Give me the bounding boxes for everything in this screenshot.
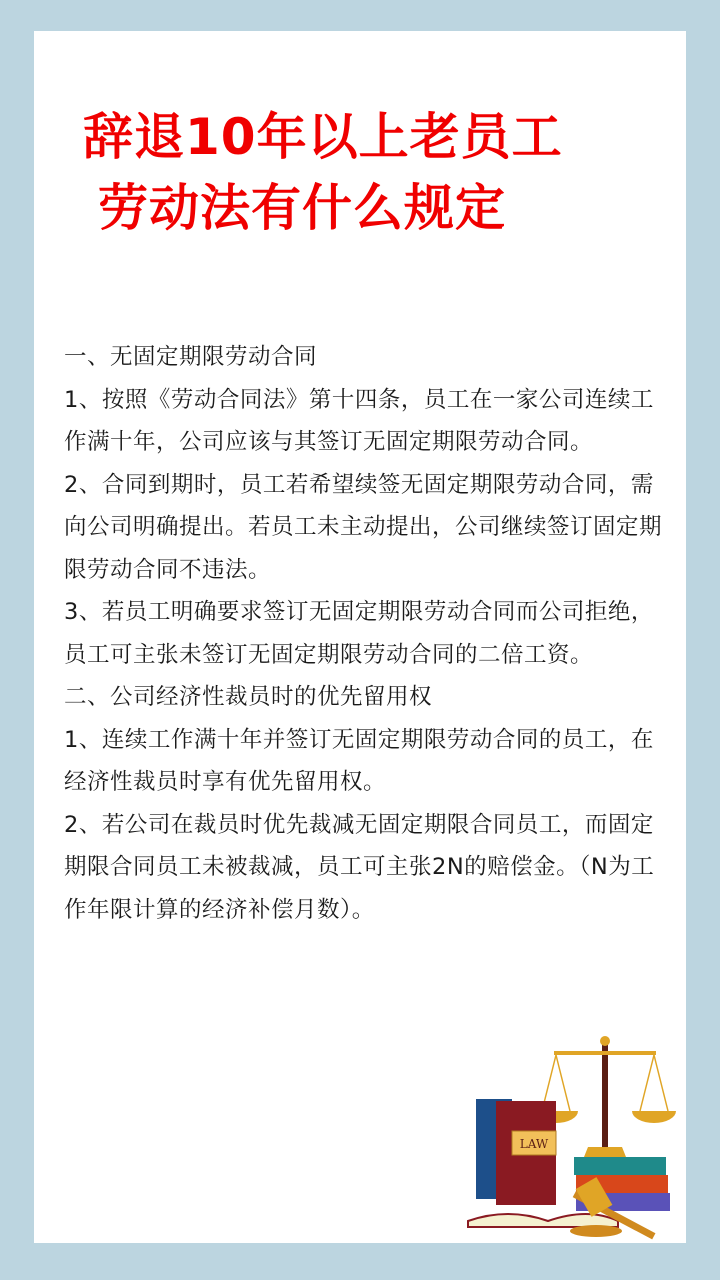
book-label: LAW xyxy=(520,1137,549,1151)
section-item: 3、若员工明确要求签订无固定期限劳动合同而公司拒绝，员工可主张未签订无固定期限劳… xyxy=(64,591,674,676)
section-item: 1、按照《劳动合同法》第十四条，员工在一家公司连续工作满十年，公司应该与其签订无… xyxy=(64,379,674,464)
law-illustration: LAW xyxy=(454,1031,694,1241)
title-line-2: 劳动法有什么规定 xyxy=(98,175,506,241)
title-line-1: 辞退10年以上老员工 xyxy=(83,104,563,170)
section-item: 2、若公司在裁员时优先裁减无固定期限合同员工，而固定期限合同员工未被裁减，员工可… xyxy=(64,804,674,932)
law-books-icon: LAW xyxy=(476,1099,556,1205)
section-heading: 一、无固定期限劳动合同 xyxy=(64,336,674,379)
section-item: 2、合同到期时，员工若希望续签无固定期限劳动合同，需向公司明确提出。若员工未主动… xyxy=(64,464,674,592)
article-card: 辞退10年以上老员工 劳动法有什么规定 一、无固定期限劳动合同 1、按照《劳动合… xyxy=(34,31,686,1243)
section-item: 1、连续工作满十年并签订无固定期限劳动合同的员工，在经济性裁员时享有优先留用权。 xyxy=(64,719,674,804)
article-body: 一、无固定期限劳动合同 1、按照《劳动合同法》第十四条，员工在一家公司连续工作满… xyxy=(64,336,674,931)
section-heading: 二、公司经济性裁员时的优先留用权 xyxy=(64,676,674,719)
